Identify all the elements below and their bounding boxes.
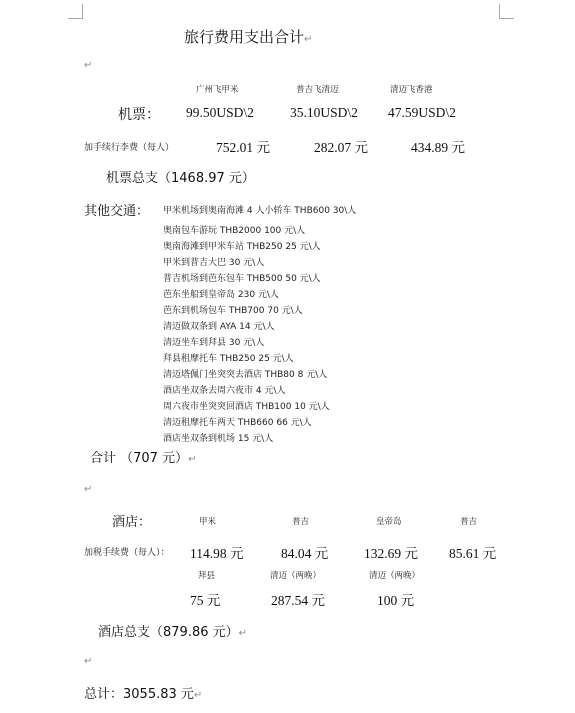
paragraph-mark-icon: ↵ bbox=[84, 656, 92, 667]
transport-item: 酒店坐双条去周六夜市 4 元\人 bbox=[163, 383, 285, 396]
hotel-fee: 100 元 bbox=[377, 589, 414, 609]
paragraph-mark-icon: ↵ bbox=[84, 60, 92, 71]
hotel-fee: 132.69 元 bbox=[364, 542, 418, 562]
hotel-location: 普吉 bbox=[460, 515, 477, 527]
paragraph-mark-icon: ↵ bbox=[304, 34, 312, 45]
document-title: 旅行费用支出合计↵ bbox=[184, 26, 312, 47]
hotel-fee: 85.61 元 bbox=[449, 542, 496, 562]
hotel-fee: 287.54 元 bbox=[271, 589, 325, 609]
page-corner-top-right bbox=[499, 4, 514, 19]
page-corner-top-left bbox=[68, 4, 83, 19]
hotel-location: 清迈（两晚） bbox=[369, 569, 420, 581]
title-text: 旅行费用支出合计 bbox=[184, 28, 304, 46]
transport-total-text: 合计 （707 元） bbox=[90, 451, 188, 466]
hotel-fee: 84.04 元 bbox=[281, 542, 328, 562]
transport-item: 普吉机场到芭东包车 THB500 50 元\人 bbox=[163, 271, 321, 284]
hotel-location: 拜县 bbox=[198, 569, 215, 581]
hotels-label: 酒店： bbox=[112, 511, 151, 530]
flight-route-3: 清迈飞香港 bbox=[390, 83, 433, 95]
hotels-total: 酒店总支（879.86 元）↵ bbox=[98, 621, 247, 640]
hotels-fee-label: 加税手续费（每人）： bbox=[84, 545, 170, 558]
flights-total: 机票总支（1468.97 元） bbox=[106, 167, 255, 186]
transport-item: 清迈做双条到 AYA 14 元\人 bbox=[163, 319, 274, 332]
transport-label: 其他交通： bbox=[84, 200, 149, 219]
flight-per-person-3: 434.89 元 bbox=[411, 136, 465, 156]
transport-total: 合计 （707 元）↵ bbox=[90, 447, 196, 466]
hotel-location: 甲米 bbox=[199, 515, 216, 527]
transport-item: 清迈租摩托车两天 THB660 66 元\人 bbox=[163, 415, 312, 428]
grand-total-text: 总计：3055.83 元 bbox=[84, 687, 194, 702]
hotel-location: 普吉 bbox=[292, 515, 309, 527]
hotel-fee: 114.98 元 bbox=[190, 542, 244, 562]
transport-item: 奥南海滩到甲米车站 THB250 25 元\人 bbox=[163, 239, 321, 252]
paragraph-mark-icon: ↵ bbox=[84, 484, 92, 495]
transport-item: 清迈塔佩门坐突突去酒店 THB80 8 元\人 bbox=[163, 367, 327, 380]
flight-route-1: 广州飞甲米 bbox=[196, 83, 239, 95]
flight-per-person-2: 282.07 元 bbox=[314, 136, 368, 156]
transport-item: 芭东到机场包车 THB700 70 元\人 bbox=[163, 303, 303, 316]
transport-item: 清迈坐车到拜县 30 元\人 bbox=[163, 335, 264, 348]
transport-item: 周六夜市坐突突回酒店 THB100 10 元\人 bbox=[163, 399, 330, 412]
transport-item: 甲米到普吉大巴 30 元\人 bbox=[163, 255, 264, 268]
hotel-location: 清迈（两晚） bbox=[270, 569, 321, 581]
flight-per-person-1: 752.01 元 bbox=[216, 136, 270, 156]
transport-item: 甲米机场到奥南海滩 4 人小轿车 THB600 30\人 bbox=[163, 203, 356, 216]
flight-price-1: 99.50USD\2 bbox=[186, 105, 254, 121]
paragraph-mark-icon: ↵ bbox=[239, 628, 247, 639]
hotels-total-text: 酒店总支（879.86 元） bbox=[98, 625, 239, 640]
flight-route-2: 普吉飞清迈 bbox=[296, 83, 339, 95]
flights-label: 机票： bbox=[118, 104, 160, 124]
transport-item: 芭东坐船到皇帝岛 230 元\人 bbox=[163, 287, 279, 300]
hotel-fee: 75 元 bbox=[190, 589, 220, 609]
transport-item: 奥南包车游玩 THB2000 100 元\人 bbox=[163, 223, 305, 236]
flight-price-2: 35.10USD\2 bbox=[290, 105, 358, 121]
flight-price-3: 47.59USD\2 bbox=[388, 105, 456, 121]
paragraph-mark-icon: ↵ bbox=[194, 690, 202, 701]
flights-per-person-label: 加手续行李费（每人） bbox=[84, 140, 174, 153]
transport-item: 酒店坐双条到机场 15 元\人 bbox=[163, 431, 273, 444]
paragraph-mark-icon: ↵ bbox=[188, 454, 196, 465]
hotel-location: 皇帝岛 bbox=[376, 515, 402, 527]
grand-total: 总计：3055.83 元↵ bbox=[84, 683, 202, 702]
transport-item: 拜县租摩托车 THB250 25 元\人 bbox=[163, 351, 294, 364]
